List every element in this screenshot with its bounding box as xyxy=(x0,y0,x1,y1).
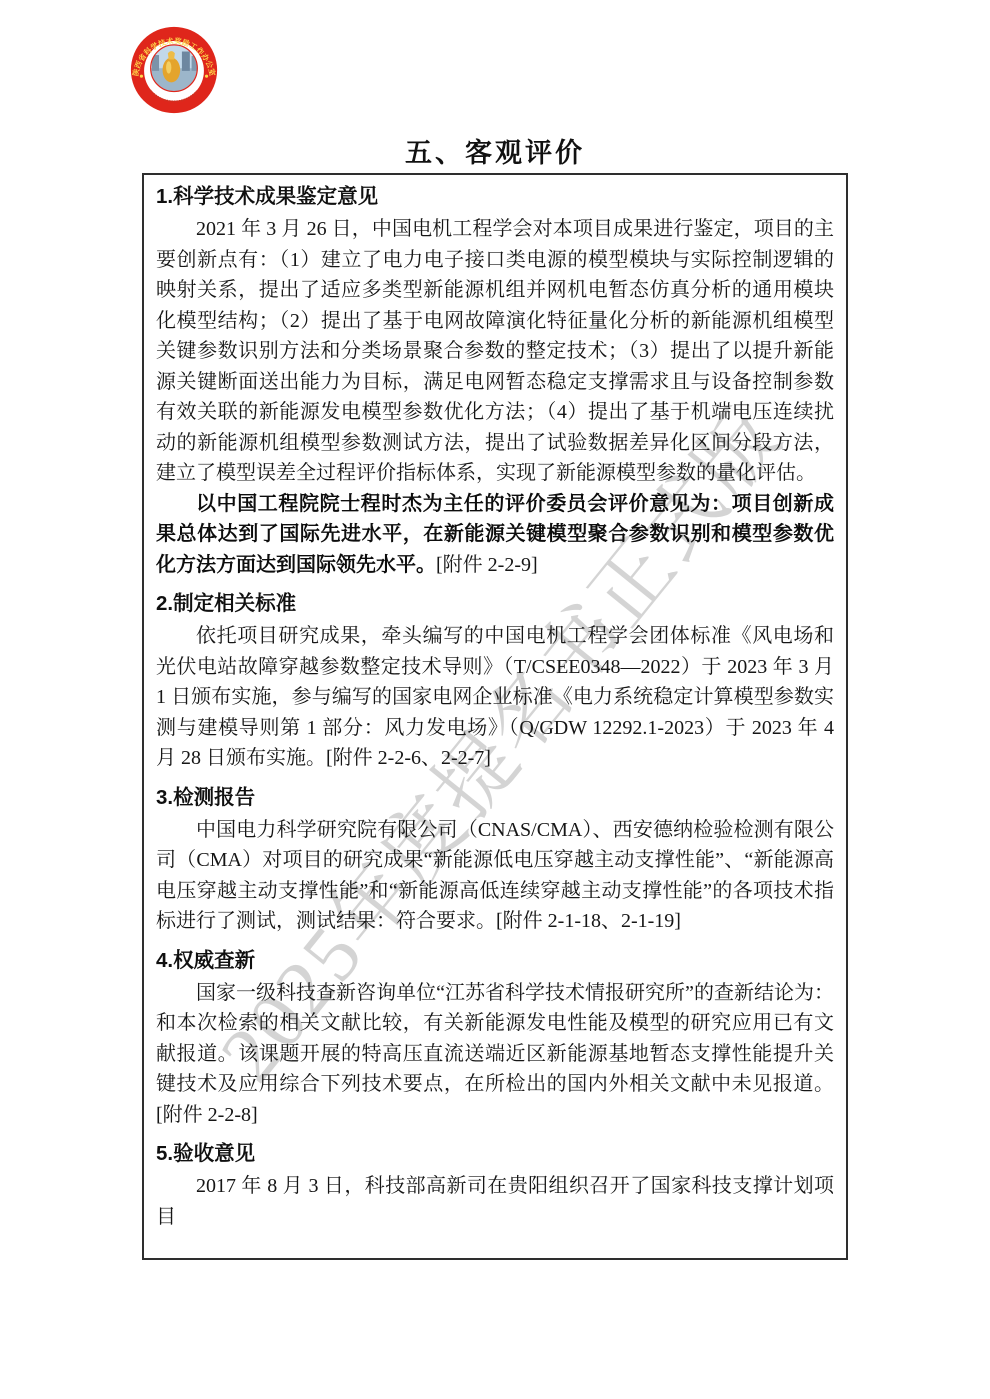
seal-graphic: 陕西省科学技术奖励工作办公室 xyxy=(130,26,218,114)
section-novelty-search: 4.权威查新 国家一级科技查新咨询单位“江苏省科学技术情报研究所”的查新结论为：… xyxy=(156,948,834,1131)
section-1-paragraph-2: 以中国工程院院士程时杰为主任的评价委员会评价意见为：项目创新成果总体达到了国际先… xyxy=(156,489,834,581)
section-5-paragraph-1: 2017 年 8 月 3 日，科技部高新司在贵阳组织召开了国家科技支撑计划项目 xyxy=(156,1171,834,1232)
section-1-paragraph-1: 2021 年 3 月 26 日，中国电机工程学会对本项目成果进行鉴定，项目的主要… xyxy=(156,214,834,489)
section-standards: 2.制定相关标准 依托项目研究成果，牵头编写的中国电机工程学会团体标准《风电场和… xyxy=(156,591,834,774)
attachment-ref: [附件 2-2-9] xyxy=(436,554,538,576)
section-3-paragraph-1: 中国电力科学研究院有限公司（CNAS/CMA）、西安德纳检验检测有限公司（CMA… xyxy=(156,815,834,937)
text-run: 中国电力科学研究院有限公司（CNAS/CMA）、西安德纳检验检测有限公司（CMA… xyxy=(156,819,834,933)
org-seal-logo: 陕西省科学技术奖励工作办公室 xyxy=(130,26,218,114)
section-appraisal-opinion: 1.科学技术成果鉴定意见 2021 年 3 月 26 日，中国电机工程学会对本项… xyxy=(156,184,834,580)
text-run: 国家一级科技查新咨询单位“江苏省科学技术情报研究所”的查新结论为：和本次检索的相… xyxy=(156,982,834,1126)
section-4-paragraph-1: 国家一级科技查新咨询单位“江苏省科学技术情报研究所”的查新结论为：和本次检索的相… xyxy=(156,978,834,1131)
seal-star-left xyxy=(140,75,143,78)
evaluation-content-box: 1.科学技术成果鉴定意见 2021 年 3 月 26 日，中国电机工程学会对本项… xyxy=(142,173,848,1260)
section-2-paragraph-1: 依托项目研究成果，牵头编写的中国电机工程学会团体标准《风电场和光伏电站故障穿越参… xyxy=(156,621,834,774)
section-5-heading: 5.验收意见 xyxy=(156,1141,834,1166)
section-4-heading: 4.权威查新 xyxy=(156,948,834,973)
section-test-report: 3.检测报告 中国电力科学研究院有限公司（CNAS/CMA）、西安德纳检验检测有… xyxy=(156,785,834,937)
text-run: 2017 年 8 月 3 日，科技部高新司在贵阳组织召开了国家科技支撑计划项目 xyxy=(156,1175,834,1228)
section-3-heading: 3.检测报告 xyxy=(156,785,834,810)
section-acceptance-opinion: 5.验收意见 2017 年 8 月 3 日，科技部高新司在贵阳组织召开了国家科技… xyxy=(156,1141,834,1232)
section-2-heading: 2.制定相关标准 xyxy=(156,591,834,616)
text-run: 依托项目研究成果，牵头编写的中国电机工程学会团体标准《风电场和光伏电站故障穿越参… xyxy=(156,625,834,769)
page-title: 五、客观评价 xyxy=(0,131,990,170)
section-1-heading: 1.科学技术成果鉴定意见 xyxy=(156,184,834,209)
text-run: 2021 年 3 月 26 日，中国电机工程学会对本项目成果进行鉴定，项目的主要… xyxy=(156,218,834,484)
seal-star-right xyxy=(205,75,208,78)
